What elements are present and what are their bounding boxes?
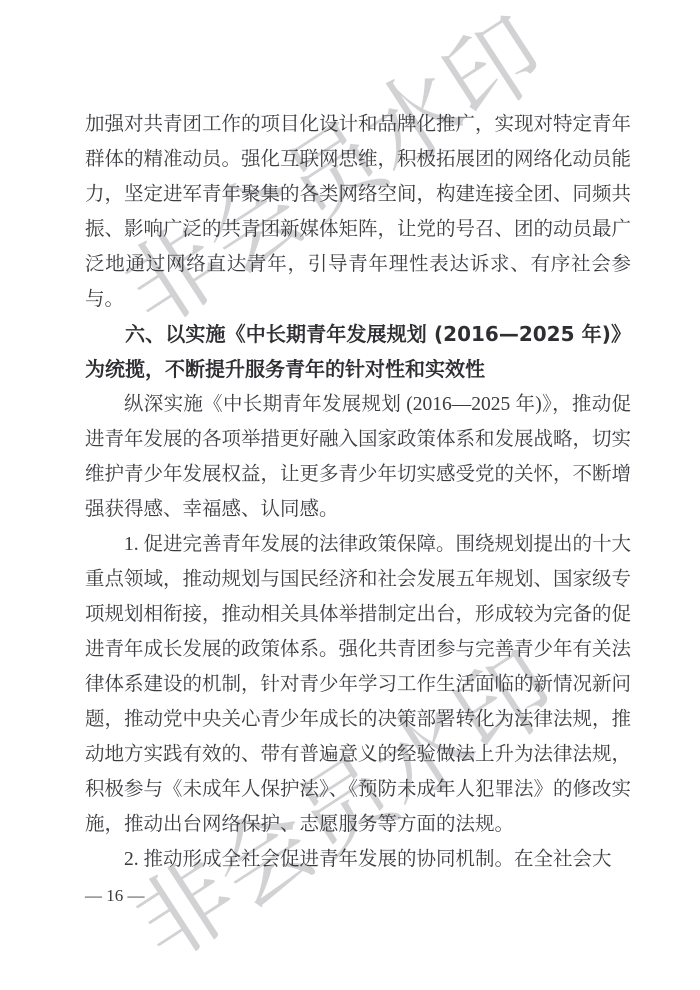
section-heading: 六、以实施《中长期青年发展规划 (2016—2025 年)》为统揽，不断提升服务… xyxy=(85,317,631,387)
paragraph-continued: 加强对共青团工作的项目化设计和品牌化推广，实现对特定青年群体的精准动员。强化互联… xyxy=(85,107,631,317)
numbered-paragraph-1: 1. 促进完善青年发展的法律政策保障。围绕规划提出的十大重点领域，推动规划与国民… xyxy=(85,527,631,842)
page-number: — 16 — xyxy=(85,887,145,904)
document-body: 加强对共青团工作的项目化设计和品牌化推广，实现对特定青年群体的精准动员。强化互联… xyxy=(85,107,631,877)
numbered-paragraph-2: 2. 推动形成全社会促进青年发展的协同机制。在全社会大 xyxy=(85,842,631,877)
document-page: 非会员水印 非会员水印 加强对共青团工作的项目化设计和品牌化推广，实现对特定青年… xyxy=(0,0,700,990)
paragraph-plan-implementation: 纵深实施《中长期青年发展规划 (2016—2025 年)》，推动促进青年发展的各… xyxy=(85,387,631,527)
